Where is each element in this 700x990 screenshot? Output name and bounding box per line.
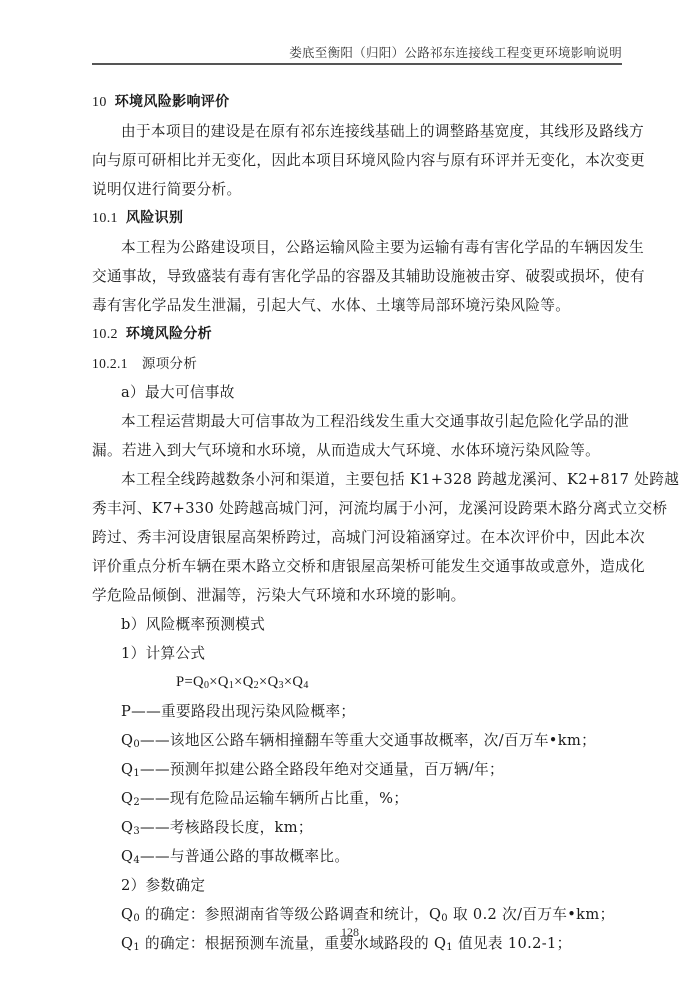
section-heading-10-2-1: 10.2.1源项分析 [92, 349, 622, 378]
definition-q2: Q2——现有危险品运输车辆所占比重，%； [92, 784, 622, 813]
paragraph-intro: 由于本项目的建设是在原有祁东连接线基础上的调整路基宽度，其线形及路线方 向与原可… [92, 117, 622, 204]
definition-p: P——重要路段出现污染风险概率； [92, 697, 622, 726]
risk-formula: P=Q0×Q1×Q2×Q3×Q4 [92, 668, 622, 697]
section-heading-10: 10环境风险影响评价 [92, 88, 622, 117]
running-header: 娄底至衡阳（归阳）公路祁东连接线工程变更环境影响说明 [92, 44, 622, 65]
definition-q1: Q1——预测年拟建公路全路段年绝对交通量，百万辆/年； [92, 755, 622, 784]
paragraph-max-credible-accident: 本工程运营期最大可信事故为工程沿线发生重大交通事故引起危险化学品的泄 漏。若进入… [92, 407, 622, 465]
sub-heading-formula: 1）计算公式 [92, 639, 622, 668]
item-b-heading: b）风险概率预测模式 [92, 610, 622, 639]
paragraph-river-crossings: 本工程全线跨越数条小河和渠道，主要包括 K1+328 跨越龙溪河、K2+817 … [92, 465, 622, 610]
definition-q0: Q0——该地区公路车辆相撞翻车等重大交通事故概率，次/百万车•km； [92, 726, 622, 755]
definition-q3: Q3——考核路段长度，km； [92, 813, 622, 842]
item-a-heading: a）最大可信事故 [92, 378, 622, 407]
section-heading-10-1: 10.1风险识别 [92, 204, 622, 233]
sub-heading-parameters: 2）参数确定 [92, 871, 622, 900]
page-body: 10环境风险影响评价 由于本项目的建设是在原有祁东连接线基础上的调整路基宽度，其… [92, 88, 622, 958]
formula-definitions: P——重要路段出现污染风险概率； Q0——该地区公路车辆相撞翻车等重大交通事故概… [92, 697, 622, 871]
document-title: 娄底至衡阳（归阳）公路祁东连接线工程变更环境影响说明 [289, 45, 622, 60]
page-number: 128 [0, 925, 700, 940]
paragraph-risk-identification: 本工程为公路建设项目，公路运输风险主要为运输有毒有害化学品的车辆因发生 交通事故… [92, 233, 622, 320]
section-heading-10-2: 10.2环境风险分析 [92, 320, 622, 349]
definition-q4: Q4——与普通公路的事故概率比。 [92, 842, 622, 871]
